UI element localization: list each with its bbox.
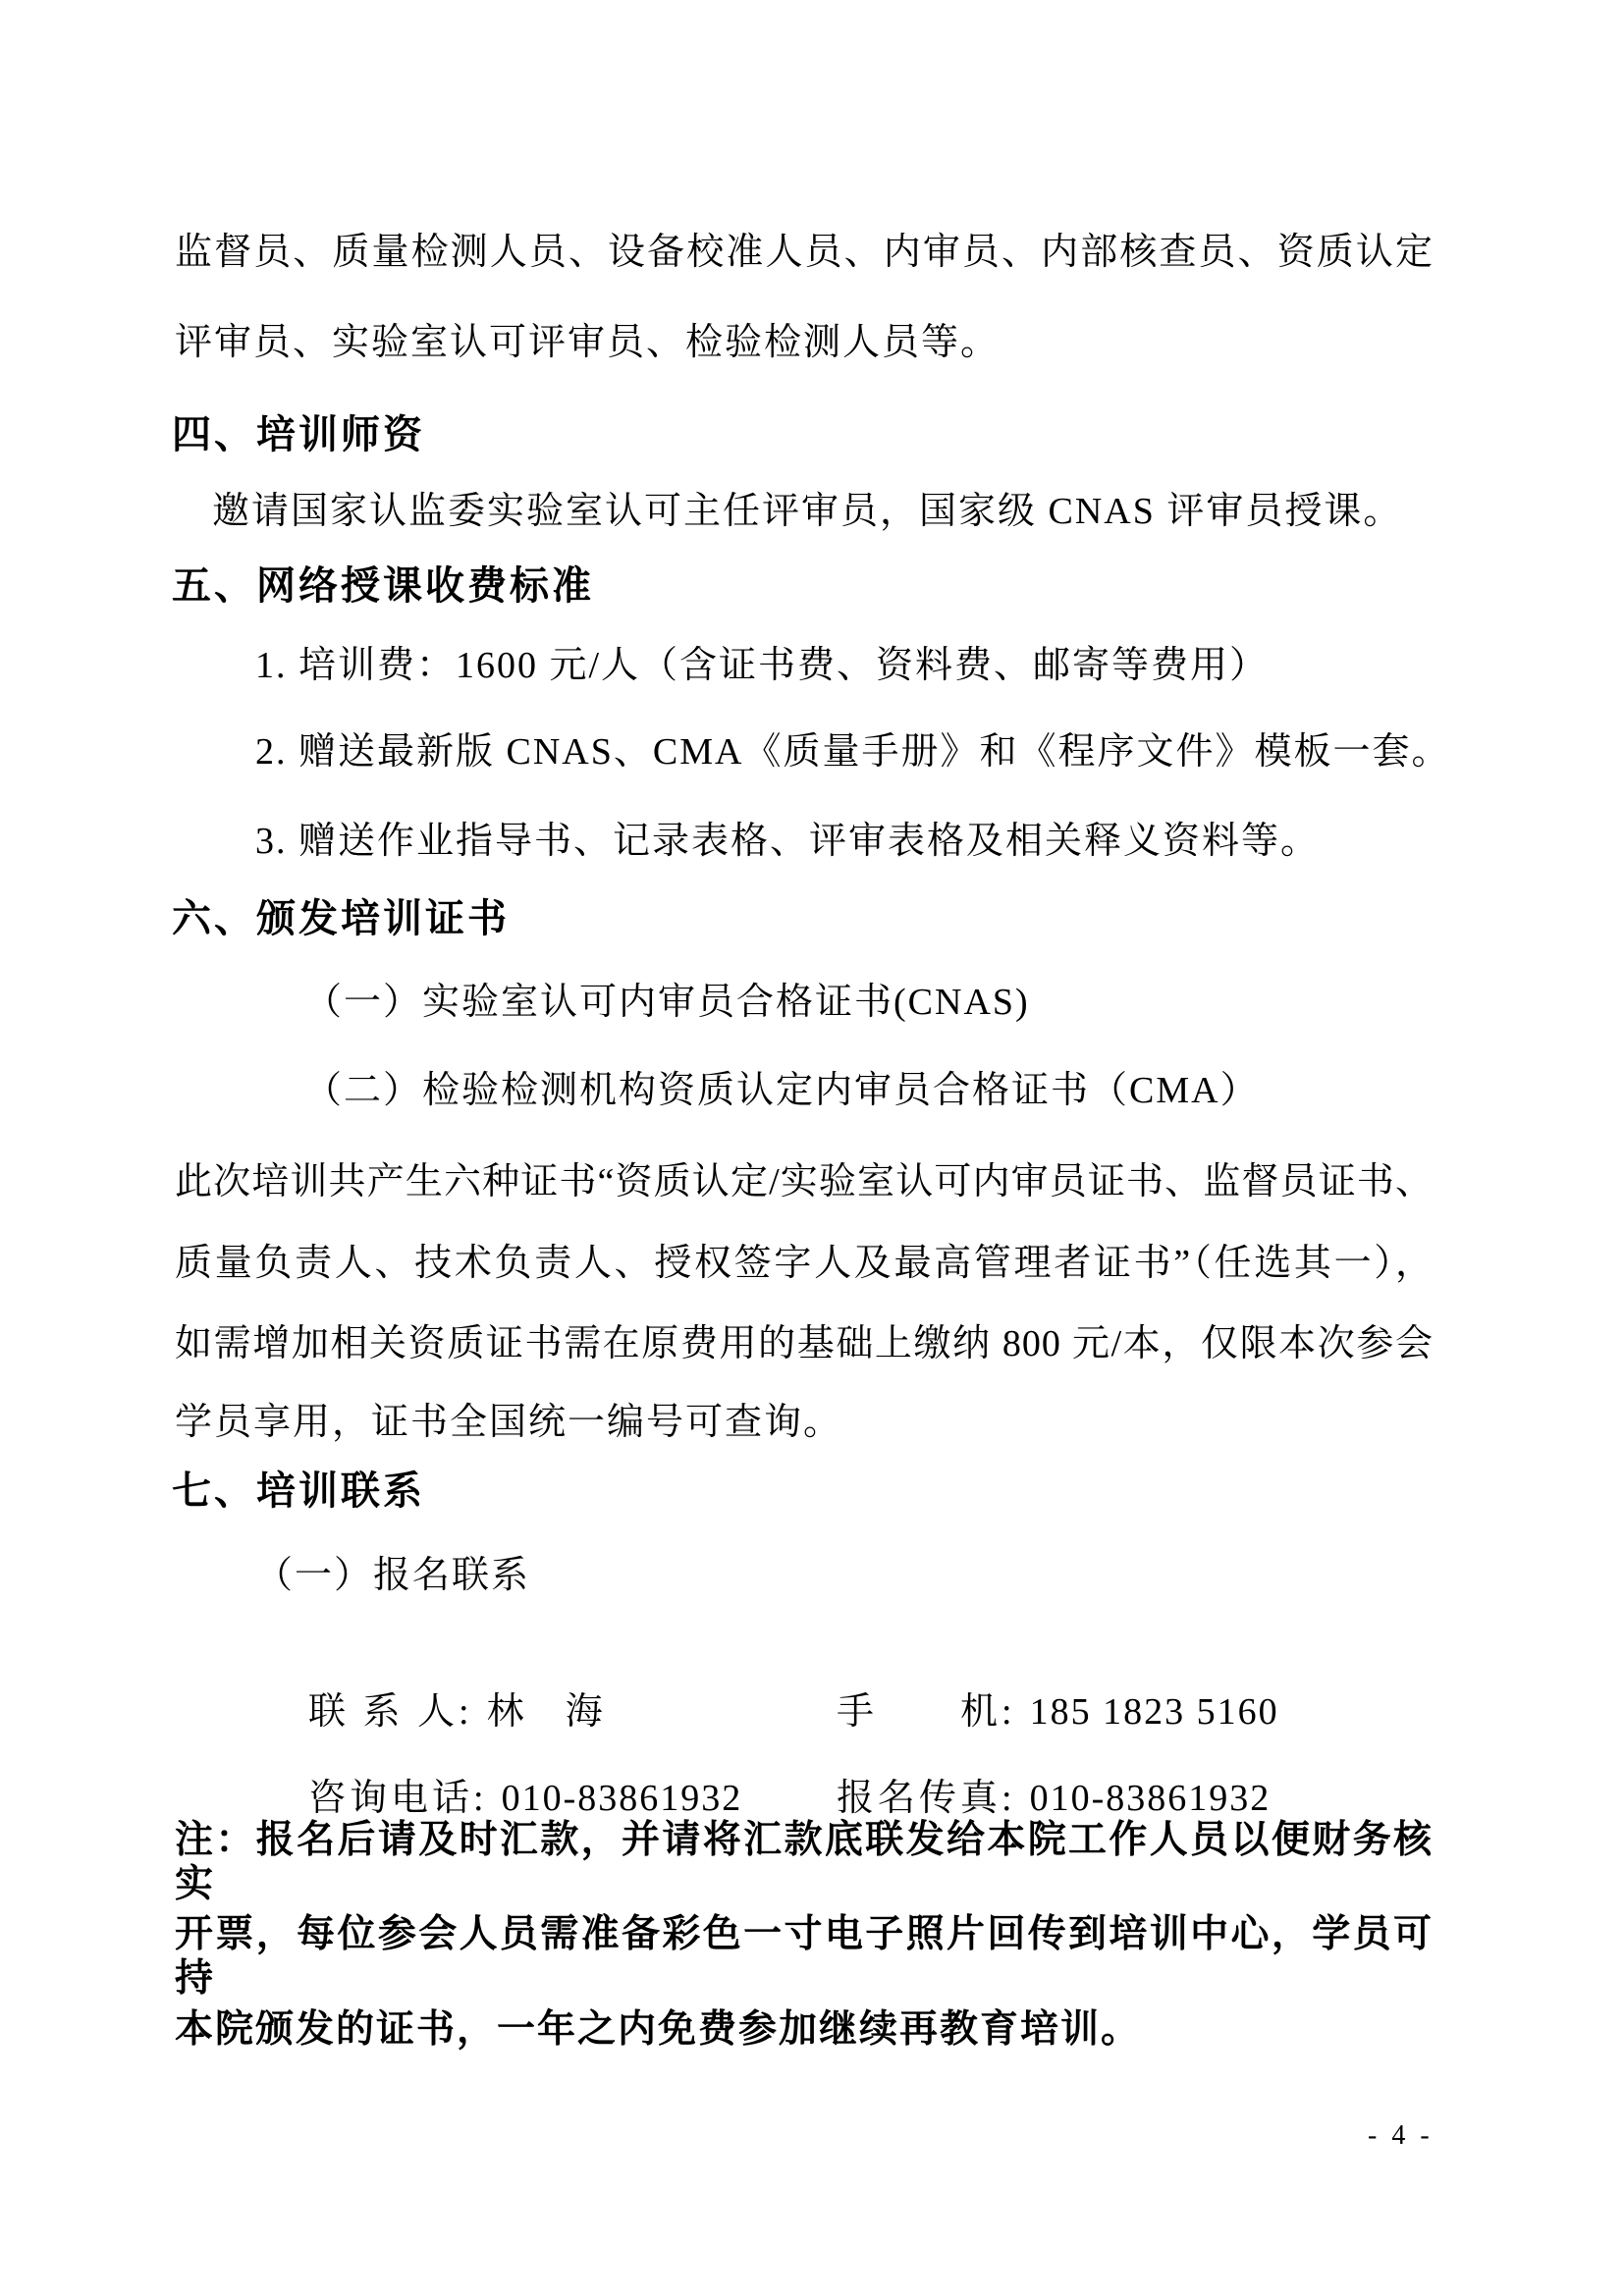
fees-item-2: 2. 赠送最新版 CNAS、CMA《质量手册》和《程序文件》模板一套。 xyxy=(255,731,1450,774)
note-paragraph-line-1: 注：报名后请及时汇款，并请将汇款底联发给本院工作人员以便财务核实 xyxy=(175,1819,1434,1907)
contact-fax-label: 报名传真: xyxy=(837,1778,1016,1819)
contact-subheading: （一）报名联系 xyxy=(255,1555,530,1598)
section-faculty-body: 邀请国家认监委实验室认可主任评审员，国家级 CNAS 评审员授课。 xyxy=(212,491,1402,534)
certificates-paragraph-line-1: 此次培训共产生六种证书“资质认定/实验室认可内审员证书、监督员证书、 xyxy=(175,1161,1434,1204)
contact-phone-label: 咨询电话: xyxy=(308,1778,488,1819)
intro-paragraph-line-1: 监督员、质量检测人员、设备校准人员、内审员、内部核查员、资质认定 xyxy=(175,232,1434,275)
contact-phone-value: 010-83861932 xyxy=(502,1778,743,1819)
note-paragraph-line-3: 本院颁发的证书，一年之内免费参加继续再教育培训。 xyxy=(175,2008,1141,2053)
note-paragraph-line-2: 开票，每位参会人员需准备彩色一寸电子照片回传到培训中心，学员可持 xyxy=(175,1913,1434,2002)
certificates-paragraph-line-3: 如需增加相关资质证书需在原费用的基础上缴纳 800 元/本，仅限本次参会 xyxy=(175,1323,1434,1366)
fees-item-3: 3. 赠送作业指导书、记录表格、评审表格及相关释义资料等。 xyxy=(255,821,1320,864)
certificates-paragraph-line-2: 质量负责人、技术负责人、授权签字人及最高管理者证书”（任选其一）， xyxy=(175,1243,1434,1286)
document-page: 监督员、质量检测人员、设备校准人员、内审员、内部核查员、资质认定 评审员、实验室… xyxy=(0,0,1624,2296)
certificates-paragraph-line-4: 学员享用，证书全国统一编号可查询。 xyxy=(175,1402,842,1445)
contact-mobile-label: 手 机: xyxy=(837,1691,1016,1733)
section-certificates-heading: 六、颁发培训证书 xyxy=(172,896,510,941)
contact-name-label: 联 系 人: xyxy=(308,1691,473,1733)
section-faculty-heading: 四、培训师资 xyxy=(172,412,425,457)
contact-fax-value: 010-83861932 xyxy=(1030,1778,1272,1819)
section-contact-heading: 七、培训联系 xyxy=(172,1468,425,1514)
contact-name-value: 林 海 xyxy=(487,1691,605,1733)
contact-mobile-value: 185 1823 5160 xyxy=(1030,1691,1279,1733)
intro-paragraph-line-2: 评审员、实验室认可评审员、检验检测人员等。 xyxy=(175,322,1000,365)
section-fees-heading: 五、网络授课收费标准 xyxy=(172,563,594,609)
fees-item-1: 1. 培训费：1600 元/人（含证书费、资料费、邮寄等费用） xyxy=(255,645,1269,688)
page-number: - 4 - xyxy=(1368,2120,1434,2152)
certificate-item-2: （二）检验检测机构资质认定内审员合格证书（CMA） xyxy=(304,1070,1260,1113)
certificate-item-1: （一）实验室认可内审员合格证书(CNAS) xyxy=(304,982,1030,1025)
